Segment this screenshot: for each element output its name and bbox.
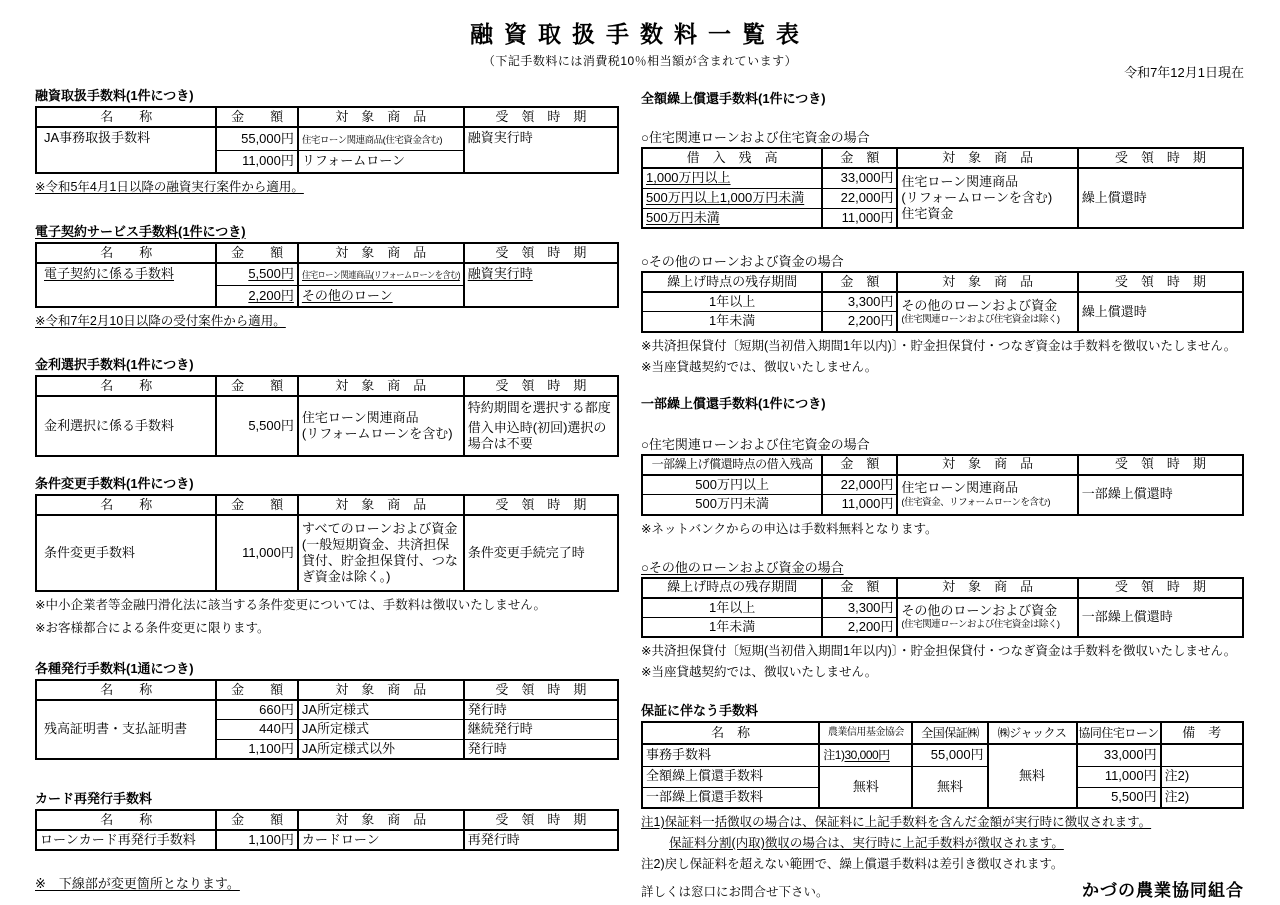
left-column: 融資取扱手数料(1件につき) 名 称 金 額 対 象 商 品 受 領 時 期 J… bbox=[35, 85, 619, 892]
cell-kikin: 注1)30,000円 bbox=[819, 744, 912, 766]
table-header-row: 名 称 金 額 対 象 商 品 受 領 時 期 bbox=[36, 810, 618, 830]
full-prepayment-housing-table: 借 入 残 高 金 額 対 象 商 品 受 領 時 期 1,000万円以上 33… bbox=[641, 147, 1244, 229]
cell-amount: 5,500円 bbox=[216, 263, 297, 285]
cell-amount: 1,100円 bbox=[216, 739, 297, 759]
col-header-zenkoku: 全国保証㈱ bbox=[912, 722, 987, 744]
cell-name: 一部繰上償還手数料 bbox=[642, 787, 819, 808]
col-header-timing: 受 領 時 期 bbox=[464, 680, 618, 700]
cell-product: JA所定様式以外 bbox=[298, 739, 464, 759]
col-header-timing: 受 領 時 期 bbox=[464, 107, 618, 127]
col-header-product: 対 象 商 品 bbox=[298, 810, 464, 830]
cell-kyodo: 33,000円 bbox=[1077, 744, 1161, 766]
cell-kyodo: 5,500円 bbox=[1077, 787, 1161, 808]
cell-balance: 500万円未満 bbox=[642, 208, 822, 228]
section-title-e-contract: 電子契約サービス手数料(1件につき) bbox=[35, 221, 619, 240]
change-note: ※ 下線部が変更箇所となります。 bbox=[35, 873, 619, 892]
table-header-row: 名 称 金 額 対 象 商 品 受 領 時 期 bbox=[36, 243, 618, 263]
table-header-row: 名 称 金 額 対 象 商 品 受 領 時 期 bbox=[36, 376, 618, 396]
col-header-product: 対 象 商 品 bbox=[298, 243, 464, 263]
certificate-fee-table: 名 称 金 額 対 象 商 品 受 領 時 期 残高証明書・支払証明書 660円… bbox=[35, 679, 619, 760]
cell-amount: 2,200円 bbox=[822, 312, 897, 332]
table-row: 条件変更手数料 11,000円 すべてのローンおよび資金(一般短期資金、共済担保… bbox=[36, 515, 618, 591]
e-contract-fee-table: 名 称 金 額 対 象 商 品 受 領 時 期 電子契約に係る手数料 5,500… bbox=[35, 242, 619, 308]
table-row: 残高証明書・支払証明書 660円 JA所定様式 発行時 bbox=[36, 700, 618, 720]
right-column: 全額繰上償還手数料(1件につき) ○住宅関連ローンおよび住宅資金の場合 借 入 … bbox=[641, 85, 1244, 901]
col-header-name: 名 称 bbox=[36, 495, 216, 515]
note-overdraft: ※当座貸越契約では、徴収いたしません。 bbox=[641, 662, 1244, 680]
col-header-timing: 受 領 時 期 bbox=[464, 810, 618, 830]
cell-product: その他のローンおよび資金 (住宅関連ローンおよび住宅資金は除く) bbox=[897, 598, 1077, 638]
case-other-loans: ○その他のローンおよび資金の場合 bbox=[641, 557, 1244, 576]
col-header-product: 対 象 商 品 bbox=[298, 495, 464, 515]
col-header-amount: 金 額 bbox=[822, 455, 897, 475]
cell-name: 事務手数料 bbox=[642, 744, 819, 766]
cell-amount: 55,000円 bbox=[216, 127, 297, 150]
note-application-date: ※令和5年4月1日以降の融資実行案件から適用。 bbox=[35, 177, 619, 195]
note-kyosai: ※共済担保貸付〔短期(当初借入期間1年以内)〕・貯金担保貸付・つなぎ資金は手数料… bbox=[641, 641, 1244, 659]
cell-timing: 融資実行時 bbox=[464, 263, 618, 307]
cell-timing: 条件変更手続完了時 bbox=[464, 515, 618, 591]
col-header-product: 対 象 商 品 bbox=[298, 107, 464, 127]
cell-remarks: 注2) bbox=[1161, 766, 1243, 787]
col-header-timing: 受 領 時 期 bbox=[1078, 272, 1243, 292]
note-condition-change-1: ※中小企業者等金融円滑化法に該当する条件変更については、手数料は徴収いたしません… bbox=[35, 595, 619, 613]
table-row: 全額繰上償還手数料 無料 無料 11,000円 注2) bbox=[642, 766, 1243, 787]
cell-product: すべてのローンおよび資金(一般短期資金、共済担保貸付、貯金担保貸付、つなぎ資金は… bbox=[298, 515, 464, 591]
section-title-card-reissue: カード再発行手数料 bbox=[35, 788, 619, 807]
cell-timing: 一部繰上償還時 bbox=[1078, 598, 1243, 638]
cell-balance: 1,000万円以上 bbox=[642, 168, 822, 188]
full-prepayment-other-table: 繰上げ時点の残存期間 金 額 対 象 商 品 受 領 時 期 1年以上 3,30… bbox=[641, 271, 1244, 333]
cell-name: 条件変更手数料 bbox=[36, 515, 216, 591]
cell-name: 残高証明書・支払証明書 bbox=[36, 700, 216, 759]
col-header-remaining-term: 繰上げ時点の残存期間 bbox=[642, 272, 822, 292]
col-header-amount: 金 額 bbox=[216, 243, 297, 263]
cell-timing: 継続発行時 bbox=[464, 720, 618, 739]
col-header-amount: 金 額 bbox=[216, 107, 297, 127]
col-header-balance: 借 入 残 高 bbox=[642, 148, 822, 168]
note-guarantee-1b: 保証料分割(内取)徴収の場合は、実行時に上記手数料が徴収されます。 bbox=[669, 833, 1244, 851]
note-guarantee-1a: 注1)保証料一括徴収の場合は、保証料に上記手数料を含んだ金額が実行時に徴収されま… bbox=[641, 812, 1244, 830]
table-row: 事務手数料 注1)30,000円 55,000円 無料 33,000円 bbox=[642, 744, 1243, 766]
cell-product: その他のローン bbox=[298, 285, 464, 307]
partial-prepayment-housing-table: 一部繰上げ償還時点の借入残高 金 額 対 象 商 品 受 領 時 期 500万円… bbox=[641, 454, 1244, 516]
cell-term: 1年以上 bbox=[642, 292, 822, 312]
col-header-timing: 受 領 時 期 bbox=[464, 376, 618, 396]
col-header-timing: 受 領 時 期 bbox=[464, 495, 618, 515]
cell-balance: 500万円以上1,000万円未満 bbox=[642, 188, 822, 208]
col-header-timing: 受 領 時 期 bbox=[1078, 455, 1243, 475]
col-header-name: 名 称 bbox=[36, 376, 216, 396]
cell-amount: 3,300円 bbox=[822, 292, 897, 312]
cell-term: 1年未満 bbox=[642, 312, 822, 332]
cell-amount: 1,100円 bbox=[216, 830, 297, 850]
section-title-loan-handling: 融資取扱手数料(1件につき) bbox=[35, 85, 619, 104]
cell-product: カードローン bbox=[298, 830, 464, 850]
cell-product: JA所定様式 bbox=[298, 700, 464, 720]
cell-kyodo: 11,000円 bbox=[1077, 766, 1161, 787]
note-netbank: ※ネットバンクからの申込は手数料無料となります。 bbox=[641, 519, 1244, 537]
cell-term: 1年未満 bbox=[642, 617, 822, 637]
condition-change-fee-table: 名 称 金 額 対 象 商 品 受 領 時 期 条件変更手数料 11,000円 … bbox=[35, 494, 619, 592]
cell-timing: 繰上償還時 bbox=[1078, 168, 1243, 228]
cell-product: その他のローンおよび資金 (住宅関連ローンおよび住宅資金は除く) bbox=[897, 292, 1077, 332]
col-header-product: 対 象 商 品 bbox=[298, 680, 464, 700]
section-title-partial-prepayment: 一部繰上償還手数料(1件につき) bbox=[641, 393, 1244, 412]
note-application-date: ※令和7年2月10日以降の受付案件から適用。 bbox=[35, 311, 619, 329]
col-header-amount: 金 額 bbox=[822, 148, 897, 168]
guarantee-fee-table: 名 称 農業信用基金協会 全国保証㈱ ㈱ジャックス 協同住宅ローン 備 考 事務… bbox=[641, 721, 1244, 809]
col-header-amount: 金 額 bbox=[216, 376, 297, 396]
table-header-row: 一部繰上げ償還時点の借入残高 金 額 対 象 商 品 受 領 時 期 bbox=[642, 455, 1243, 475]
col-header-product: 対 象 商 品 bbox=[897, 148, 1077, 168]
col-header-timing: 受 領 時 期 bbox=[1078, 148, 1243, 168]
page-title: 融資取扱手数料一覧表 bbox=[0, 16, 1280, 49]
cell-product: 住宅ローン関連商品 (リフォームローンを含む) 住宅資金 bbox=[897, 168, 1077, 228]
cell-amount: 11,000円 bbox=[822, 208, 897, 228]
cell-amount: 11,000円 bbox=[216, 515, 297, 591]
cell-timing: 繰上償還時 bbox=[1078, 292, 1243, 332]
col-header-name: 名 称 bbox=[36, 680, 216, 700]
document-header: 融資取扱手数料一覧表 （下記手数料には消費税10％相当額が含まれています） bbox=[0, 16, 1280, 69]
cell-amount: 22,000円 bbox=[822, 188, 897, 208]
col-header-jaccs: ㈱ジャックス bbox=[988, 722, 1077, 744]
section-title-rate-select: 金利選択手数料(1件につき) bbox=[35, 354, 619, 373]
cell-timing: 特約期間を選択する都度 借入申込時(初回)選択の場合は不要 bbox=[464, 396, 618, 456]
col-header-partial-balance: 一部繰上げ償還時点の借入残高 bbox=[642, 455, 822, 475]
col-header-amount: 金 額 bbox=[216, 680, 297, 700]
col-header-amount: 金 額 bbox=[216, 495, 297, 515]
cell-term: 1年以上 bbox=[642, 598, 822, 618]
rate-select-fee-table: 名 称 金 額 対 象 商 品 受 領 時 期 金利選択に係る手数料 5,500… bbox=[35, 375, 619, 457]
table-row: 電子契約に係る手数料 5,500円 住宅ローン関連商品(リフォームローンを含む)… bbox=[36, 263, 618, 285]
col-header-remaining-term: 繰上げ時点の残存期間 bbox=[642, 578, 822, 598]
section-title-guarantee: 保証に伴なう手数料 bbox=[641, 700, 1244, 719]
col-header-timing: 受 領 時 期 bbox=[464, 243, 618, 263]
cell-jaccs: 無料 bbox=[988, 744, 1077, 808]
col-header-name: 名 称 bbox=[642, 722, 819, 744]
table-row: 1年以上 3,300円 その他のローンおよび資金 (住宅関連ローンおよび住宅資金… bbox=[642, 598, 1243, 618]
cell-balance: 500万円以上 bbox=[642, 475, 822, 495]
cell-name: ローンカード再発行手数料 bbox=[36, 830, 216, 850]
table-header-row: 名 称 金 額 対 象 商 品 受 領 時 期 bbox=[36, 495, 618, 515]
col-header-kyodo: 協同住宅ローン bbox=[1077, 722, 1161, 744]
fee-schedule-document: 融資取扱手数料一覧表 （下記手数料には消費税10％相当額が含まれています） 令和… bbox=[0, 0, 1280, 905]
cell-zenkoku: 無料 bbox=[912, 766, 987, 808]
case-other-loans: ○その他のローンおよび資金の場合 bbox=[641, 251, 1244, 270]
table-header-row: 繰上げ時点の残存期間 金 額 対 象 商 品 受 領 時 期 bbox=[642, 578, 1243, 598]
cell-amount: 660円 bbox=[216, 700, 297, 720]
cell-amount: 2,200円 bbox=[822, 617, 897, 637]
col-header-timing: 受 領 時 期 bbox=[1078, 578, 1243, 598]
cell-product: 住宅ローン関連商品 (リフォームローンを含む) bbox=[298, 396, 464, 456]
cell-name: 金利選択に係る手数料 bbox=[36, 396, 216, 456]
table-row: 1年以上 3,300円 その他のローンおよび資金 (住宅関連ローンおよび住宅資金… bbox=[642, 292, 1243, 312]
note-overdraft: ※当座貸越契約では、徴収いたしません。 bbox=[641, 357, 1244, 375]
cell-product: 住宅ローン関連商品 (住宅資金、リフォームローンを含む) bbox=[897, 475, 1077, 515]
cell-timing: 一部繰上償還時 bbox=[1078, 475, 1243, 515]
section-title-full-prepayment: 全額繰上償還手数料(1件につき) bbox=[641, 88, 1244, 107]
col-header-name: 名 称 bbox=[36, 243, 216, 263]
cell-timing: 発行時 bbox=[464, 700, 618, 720]
col-header-product: 対 象 商 品 bbox=[897, 578, 1077, 598]
cell-product: 住宅ローン関連商品(住宅資金含む) bbox=[298, 127, 464, 150]
cell-name: 全額繰上償還手数料 bbox=[642, 766, 819, 787]
note-condition-change-2: ※お客様都合による条件変更に限ります。 bbox=[35, 618, 619, 636]
table-header-row: 名 称 農業信用基金協会 全国保証㈱ ㈱ジャックス 協同住宅ローン 備 考 bbox=[642, 722, 1243, 744]
contact-note: 詳しくは窓口にお問合せ下さい。 bbox=[641, 882, 829, 900]
cell-zenkoku: 55,000円 bbox=[912, 744, 987, 766]
table-header-row: 名 称 金 額 対 象 商 品 受 領 時 期 bbox=[36, 107, 618, 127]
col-header-amount: 金 額 bbox=[822, 578, 897, 598]
col-header-remarks: 備 考 bbox=[1161, 722, 1243, 744]
col-header-name: 名 称 bbox=[36, 810, 216, 830]
cell-amount: 11,000円 bbox=[216, 150, 297, 173]
col-header-amount: 金 額 bbox=[216, 810, 297, 830]
cell-timing: 融資実行時 bbox=[464, 127, 618, 173]
table-row: 金利選択に係る手数料 5,500円 住宅ローン関連商品 (リフォームローンを含む… bbox=[36, 396, 618, 456]
case-housing-loans: ○住宅関連ローンおよび住宅資金の場合 bbox=[641, 434, 1244, 453]
note-guarantee-2: 注2)戻し保証料を超えない範囲で、繰上償還手数料は差引き徴収されます。 bbox=[641, 854, 1244, 872]
table-row: ローンカード再発行手数料 1,100円 カードローン 再発行時 bbox=[36, 830, 618, 850]
cell-remarks: 注2) bbox=[1161, 787, 1243, 808]
case-housing-loans: ○住宅関連ローンおよび住宅資金の場合 bbox=[641, 127, 1244, 146]
table-row: JA事務取扱手数料 55,000円 住宅ローン関連商品(住宅資金含む) 融資実行… bbox=[36, 127, 618, 150]
cell-amount: 11,000円 bbox=[822, 495, 897, 515]
col-header-name: 名 称 bbox=[36, 107, 216, 127]
table-row: 1,000万円以上 33,000円 住宅ローン関連商品 (リフォームローンを含む… bbox=[642, 168, 1243, 188]
col-header-product: 対 象 商 品 bbox=[897, 455, 1077, 475]
col-header-kikin: 農業信用基金協会 bbox=[819, 722, 912, 744]
section-title-condition-change: 条件変更手数料(1件につき) bbox=[35, 473, 619, 492]
table-row: 500万円以上 22,000円 住宅ローン関連商品 (住宅資金、リフォームローン… bbox=[642, 475, 1243, 495]
cell-amount: 440円 bbox=[216, 720, 297, 739]
cell-amount: 2,200円 bbox=[216, 285, 297, 307]
table-header-row: 借 入 残 高 金 額 対 象 商 品 受 領 時 期 bbox=[642, 148, 1243, 168]
cell-remarks bbox=[1161, 744, 1243, 766]
cell-product: JA所定様式 bbox=[298, 720, 464, 739]
cell-amount: 3,300円 bbox=[822, 598, 897, 618]
cell-name: 電子契約に係る手数料 bbox=[36, 263, 216, 307]
table-header-row: 繰上げ時点の残存期間 金 額 対 象 商 品 受 領 時 期 bbox=[642, 272, 1243, 292]
loan-handling-fee-table: 名 称 金 額 対 象 商 品 受 領 時 期 JA事務取扱手数料 55,000… bbox=[35, 106, 619, 174]
cell-balance: 500万円未満 bbox=[642, 495, 822, 515]
cell-timing: 再発行時 bbox=[464, 830, 618, 850]
cell-timing: 発行時 bbox=[464, 739, 618, 759]
table-header-row: 名 称 金 額 対 象 商 品 受 領 時 期 bbox=[36, 680, 618, 700]
card-reissue-fee-table: 名 称 金 額 対 象 商 品 受 領 時 期 ローンカード再発行手数料 1,1… bbox=[35, 809, 619, 851]
note-kyosai: ※共済担保貸付〔短期(当初借入期間1年以内)〕・貯金担保貸付・つなぎ資金は手数料… bbox=[641, 336, 1244, 354]
col-header-amount: 金 額 bbox=[822, 272, 897, 292]
cell-amount: 22,000円 bbox=[822, 475, 897, 495]
cell-product: 住宅ローン関連商品(リフォームローンを含む) bbox=[298, 263, 464, 285]
col-header-product: 対 象 商 品 bbox=[298, 376, 464, 396]
col-header-product: 対 象 商 品 bbox=[897, 272, 1077, 292]
cell-product: リフォームローン bbox=[298, 150, 464, 173]
partial-prepayment-other-table: 繰上げ時点の残存期間 金 額 対 象 商 品 受 領 時 期 1年以上 3,30… bbox=[641, 577, 1244, 639]
cell-kikin: 無料 bbox=[819, 766, 912, 808]
as-of-date: 令和7年12月1日現在 bbox=[1124, 62, 1244, 81]
page-subtitle: （下記手数料には消費税10％相当額が含まれています） bbox=[0, 52, 1280, 69]
cell-amount: 33,000円 bbox=[822, 168, 897, 188]
cell-amount: 5,500円 bbox=[216, 396, 297, 456]
section-title-certificates: 各種発行手数料(1通につき) bbox=[35, 658, 619, 677]
cell-name: JA事務取扱手数料 bbox=[36, 127, 216, 173]
contact-row: 詳しくは窓口にお問合せ下さい。 かづの農業協同組合 bbox=[641, 876, 1244, 901]
organization-name: かづの農業協同組合 bbox=[1082, 876, 1244, 901]
